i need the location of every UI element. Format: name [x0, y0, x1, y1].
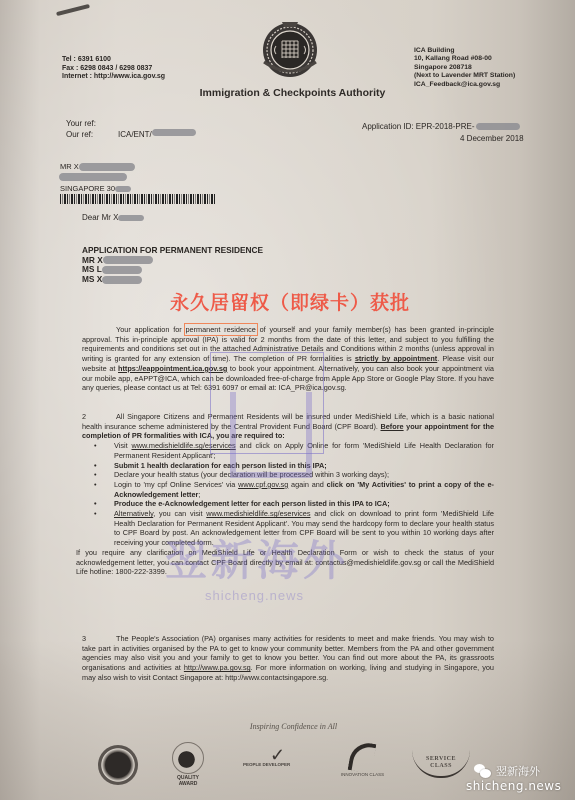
addressee-block: MR X SINGAPORE 30	[60, 162, 135, 194]
redaction	[102, 276, 142, 284]
service-class-text: SERVICE CLASS	[418, 756, 464, 770]
internet: Internet : http://www.ica.gov.sg	[62, 73, 165, 82]
address-line: ICA Building	[414, 47, 515, 55]
address-line: Singapore 208718	[414, 64, 515, 72]
letter-date: 4 December 2018	[460, 134, 524, 143]
overlay-caption: 永久居留权（即绿卡）获批	[170, 288, 410, 315]
brand-name: 翌新海外	[496, 763, 540, 779]
before-word: Before	[380, 422, 403, 431]
agency-address: ICA Building 10, Kallang Road #08-00 Sin…	[414, 47, 515, 89]
list-item: Produce the e-Acknowledgement letter for…	[82, 499, 494, 509]
paragraph-3: 3The People's Association (PA) organises…	[82, 634, 494, 683]
item-text: ;	[198, 490, 200, 499]
redaction	[103, 256, 153, 264]
your-ref-label: Your ref:	[66, 118, 118, 129]
list-item: Login to 'my cpf Online Services' via ww…	[82, 480, 494, 499]
item-text: Alternatively	[114, 509, 153, 518]
person-2: MS L	[82, 264, 102, 274]
addressee-name: MR X	[60, 162, 79, 171]
innovation-class-text: INNOVATION CLASS	[340, 772, 385, 777]
strict-phrase: strictly by appointment	[355, 354, 437, 363]
list-item: Submit 1 health declaration for each per…	[82, 461, 494, 471]
brand-domain: shicheng.news	[466, 779, 561, 793]
watermark-subtext: shicheng.news	[205, 588, 304, 603]
medishield-link[interactable]: www.medishieldlife.sg/eservices	[131, 441, 235, 450]
our-ref-label: Our ref:	[66, 129, 118, 140]
para-number: 3	[82, 634, 116, 644]
feedback-email: ICA_Feedback@ica.gov.sg	[414, 81, 515, 89]
brand-badge: 翌新海外	[474, 763, 540, 779]
our-ref-value: ICA/ENT/	[118, 129, 152, 140]
wechat-icon	[474, 764, 492, 778]
address-line: (Next to Lavender MRT Station)	[414, 72, 515, 80]
application-id-text: Application ID: EPR-2018-PRE-	[362, 122, 475, 131]
salutation-text: Dear Mr X	[82, 213, 118, 222]
salutation: Dear Mr X	[82, 213, 144, 222]
person-1: MR X	[82, 255, 103, 265]
ministry-seal-logo	[98, 745, 138, 785]
checkmark-icon: ✓	[270, 745, 285, 766]
list-item: Visit www.medishieldlife.sg/eservices an…	[82, 441, 494, 460]
eappointment-link[interactable]: https://eappointment.ica.gov.sg	[118, 364, 227, 373]
person-3: MS X	[82, 274, 102, 284]
para1-text: Your application for	[116, 325, 186, 334]
item-text: Visit	[114, 441, 131, 450]
quality-award-logo	[172, 742, 204, 774]
redaction	[118, 215, 144, 221]
list-item: Declare your health status (your declara…	[82, 470, 494, 480]
postal-barcode	[60, 194, 215, 204]
address-line: 10, Kallang Road #08-00	[414, 55, 515, 63]
fax: Fax : 6298 0843 / 6298 0837	[62, 65, 165, 74]
redaction	[115, 186, 131, 192]
item-text: , you can visit	[153, 509, 206, 518]
item-text: Login to 'my cpf Online Services' via	[114, 480, 238, 489]
redaction	[476, 123, 520, 130]
addressee-city: SINGAPORE 30	[60, 184, 115, 193]
ica-crest-logo	[256, 16, 324, 80]
footer-tagline: Inspiring Confidence in All	[0, 722, 575, 731]
reference-block: Your ref: Our ref:ICA/ENT/	[66, 118, 196, 140]
para-number: 2	[82, 412, 116, 422]
redaction	[59, 173, 127, 181]
paragraph-1: Your application for permanent residence…	[82, 325, 494, 393]
redaction	[79, 163, 135, 171]
application-id: Application ID: EPR-2018-PRE-	[362, 122, 520, 131]
redaction	[102, 266, 142, 274]
subject-title: APPLICATION FOR PERMANENT RESIDENCE	[82, 246, 263, 256]
pa-link[interactable]: http://www.pa.gov.sg	[184, 663, 251, 672]
cpf-link[interactable]: www.cpf.gov.sg	[238, 480, 288, 489]
redaction	[152, 129, 196, 136]
medishield-link[interactable]: www.medishieldlife.sg/eservices	[206, 509, 310, 518]
quality-award-text: QUALITY AWARD	[170, 775, 206, 787]
subject-block: APPLICATION FOR PERMANENT RESIDENCE MR X…	[82, 246, 263, 284]
item-text: again and	[288, 480, 326, 489]
tel: Tel : 6391 6100	[62, 56, 165, 65]
contact-block: Tel : 6391 6100 Fax : 6298 0843 / 6298 0…	[62, 56, 165, 82]
highlighted-phrase: permanent residence	[186, 325, 256, 334]
watermark-text: 翌新海外	[165, 528, 349, 588]
